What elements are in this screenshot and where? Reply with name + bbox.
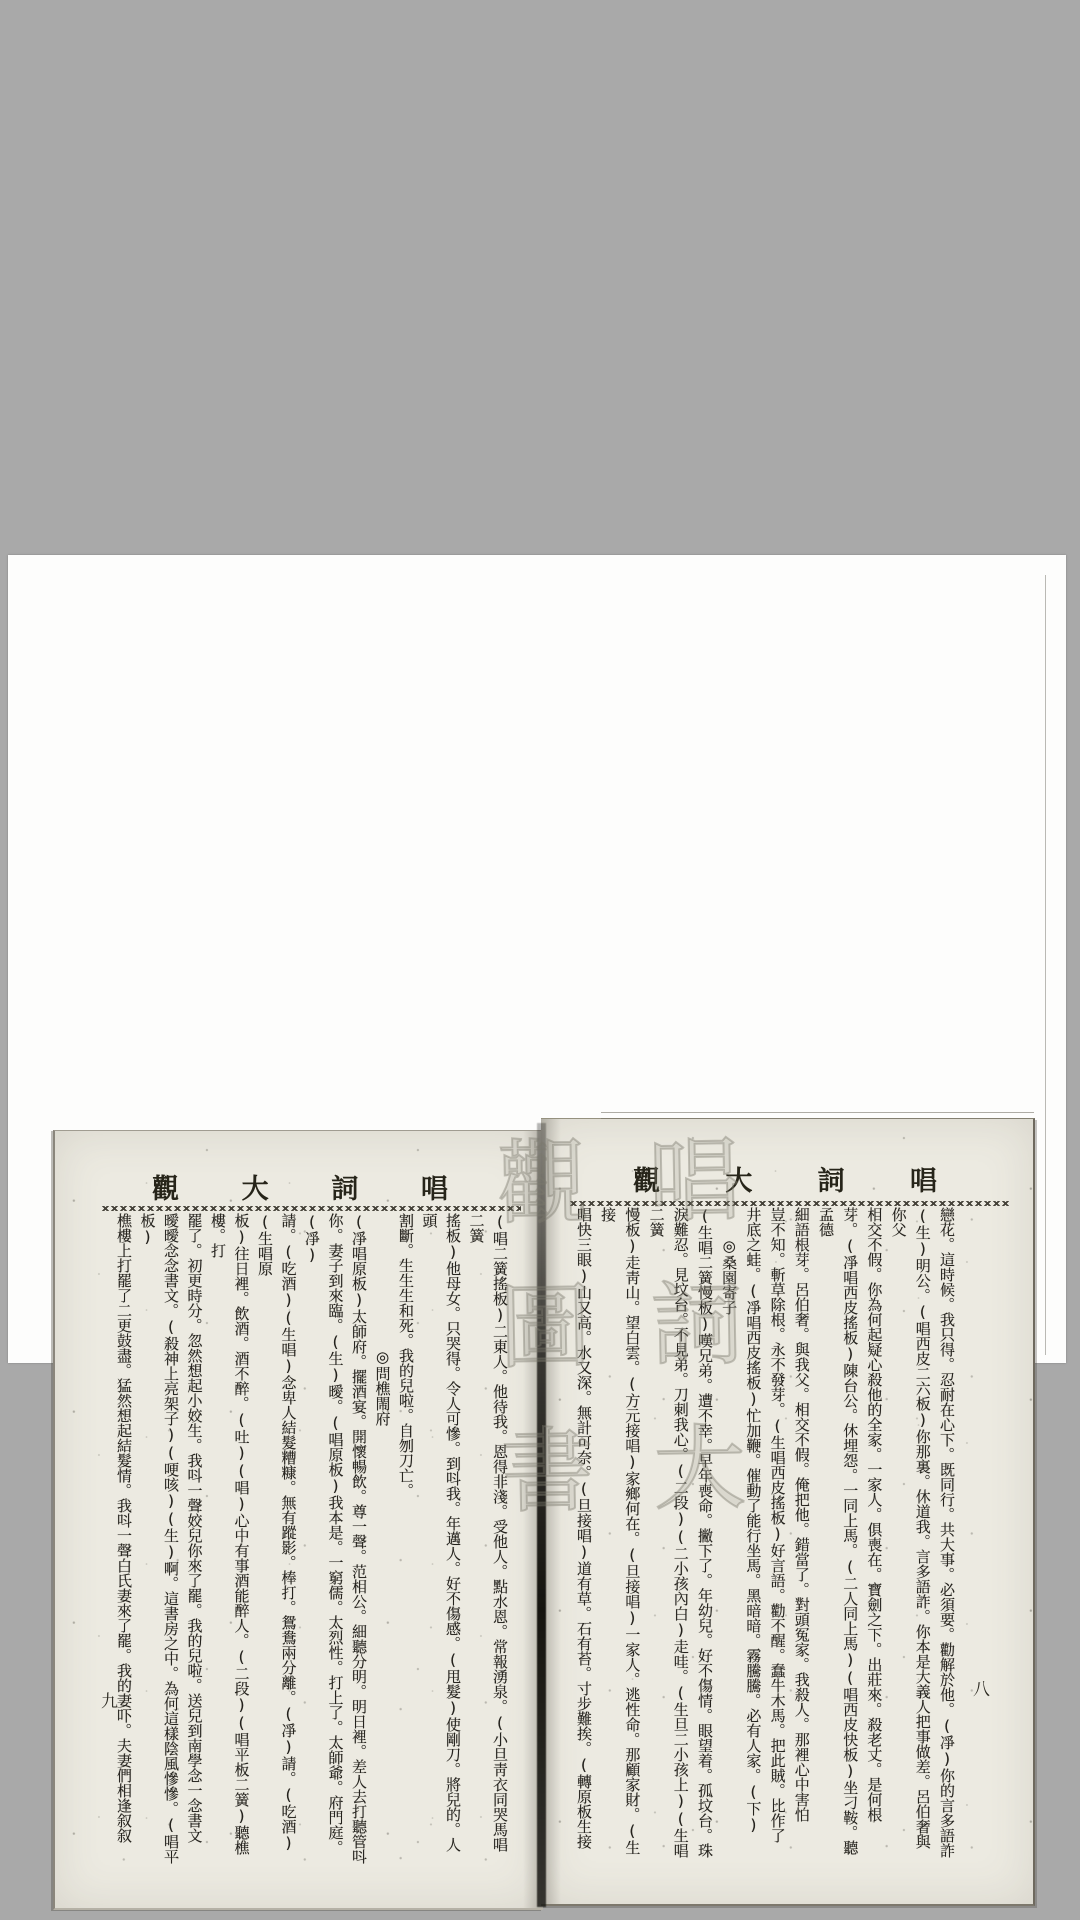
text-column: (生)明公。(唱西皮二六板)你那裏。休道我。言多語詐。你本是大義人把事做差。呂伯… (886, 1207, 934, 1859)
title-char: 詞 (818, 1165, 845, 1199)
title-char: 觀 (152, 1173, 179, 1207)
section-title-column: ◎桑園寄子 (717, 1207, 741, 1859)
page-number: 八 (973, 1675, 990, 1700)
wavy-rule-divider (101, 1206, 521, 1211)
text-column: 細語根芽。呂伯奢。與我父。相交不假。俺把他。錯當了。對頭冤家。我殺人。那裡心中害… (790, 1207, 814, 1859)
text-column: 相交不假。你為何起疑心殺他的全家。一家人。俱喪在。寶劍之下。出莊來。殺老丈。是何… (862, 1207, 886, 1859)
scanner-backing-sheet: 唱 詞 大 觀 (唱二簧搖板)二東人。他待我。恩得非淺。受他人。點水恩。常報湧泉… (8, 555, 1066, 1363)
text-column: 淚難忍。見坟台。不見弟。刀刺我心。(二段)(二小孩內白)走哇。(生旦二小孩上)(… (644, 1207, 692, 1859)
text-column: 井底之蛙。(凈唱西皮搖板)忙加鞭。催動了能行坐馬。黑暗暗。霧騰騰。必有人家。(下… (741, 1207, 765, 1859)
title-char: 大 (725, 1165, 752, 1199)
title-char: 唱 (910, 1165, 937, 1199)
text-columns: 戀花。這時候。我只得。忍耐在心下。既同行。共大事。必須要。勸解於他。(凈)你的言… (571, 1207, 959, 1859)
text-column: 板)往日裡。飲酒。酒不醉。(吐)(唱)心中有事酒能醉人。(二段)(唱平板二簧)聽… (206, 1213, 253, 1865)
text-column: 請。(吃酒)(生唱)念卑人結髮糟糠。無有蹤影。棒打。鴛鴦兩分離。(凈)請。(吃酒… (253, 1213, 300, 1865)
text-column: 樵樓上打罷了二更鼓盡。猛然想起結髮情。我呌一聲白氏妻來了罷。我的妻吓。夫妻們相逢… (112, 1213, 136, 1865)
title-char: 詞 (331, 1173, 358, 1207)
text-column: 慢板)走靑山。望白雲。(方元接唱)家鄉何在。(旦接唱)一家人。逃性命。那顧家財。… (596, 1207, 644, 1859)
text-column: 芽。(凈唱西皮搖板)陳台公。休埋怨。一同上馬。(二人同上馬)(唱西皮快板)坐刁鞍… (814, 1207, 862, 1859)
right-page: 唱 詞 大 觀 戀花。這時候。我只得。忍耐在心下。既同行。共大事。必須要。勸解於… (541, 1118, 1035, 1906)
text-column: 唱快三眼)山又高。水又深。無計可奈。(旦接唱)道有草。石有苔。寸步難挨。(轉原板… (571, 1207, 596, 1859)
text-column: 罷了。初更時分。忽然想起小姣生。我呌一聲姣兒你來了罷。我的兒啦。送兒到南學念一念… (182, 1213, 206, 1865)
text-columns: (唱二簧搖板)二東人。他待我。恩得非淺。受他人。點水恩。常報湧泉。(小旦靑衣同哭… (111, 1213, 511, 1865)
left-page: 唱 詞 大 觀 (唱二簧搖板)二東人。他待我。恩得非淺。受他人。點水恩。常報湧泉… (53, 1130, 543, 1910)
text-column: 搖板)他母女。只哭得。令人可慘。到呌我。年邁人。好不傷感。(甩髮)使剛刀。將兒的… (417, 1213, 464, 1865)
title-char: 大 (242, 1173, 269, 1207)
page-number: 九 (101, 1687, 118, 1712)
text-column: (凈唱原板)太師府。擺酒宴。開懷暢飲。尊一聲。范相公。細聽分明。明日裡。差人去打… (347, 1213, 371, 1865)
text-column: 豈不知。斬草除根。永不發芽。(生唱西皮搖板)好言語。勸不醒。蠢牛木馬。把此賊。比… (765, 1207, 789, 1859)
scanned-book-photo: 唱 詞 大 觀 (唱二簧搖板)二東人。他待我。恩得非淺。受他人。點水恩。常報湧泉… (0, 0, 1080, 1920)
text-column: 苦情。曖曖叙叙苦情。(殺神揪撢髮)(哽咳)(生)啊。這書房之中。為何這樣鬼哭神嚎… (111, 1213, 112, 1865)
text-column: (唱二簧搖板)二東人。他待我。恩得非淺。受他人。點水恩。常報湧泉。(小旦靑衣同哭… (464, 1213, 511, 1865)
page-title: 唱 詞 大 觀 (152, 1173, 448, 1207)
text-column: (生唱二簧慢板)嘆兄弟。遭不幸。早年喪命。撇下了。年幼兒。好不傷情。眼望着。孤坟… (693, 1207, 717, 1859)
book-gutter (537, 1123, 546, 1907)
text-column: 你。妻子到來臨。(生)曖。(唱原板)我本是。一窮儒。太烈性。打上了。太師爺。府門… (300, 1213, 347, 1865)
title-char: 觀 (633, 1165, 660, 1199)
text-column: 割斷。生生生和死。我的兒啦。自刎刀亡。 (394, 1213, 418, 1865)
wavy-rule-divider (569, 1201, 1011, 1206)
text-column: 曖曖念念書文。(殺神上亮架子)(哽咳)(生)啊。這書房之中。為何這樣陰風慘慘。(… (135, 1213, 182, 1865)
page-stack-edge (1045, 575, 1046, 1355)
section-title-column: ◎問樵閙府 (370, 1213, 394, 1865)
text-column: 戀花。這時候。我只得。忍耐在心下。既同行。共大事。必須要。勸解於他。(凈)你的言… (935, 1207, 959, 1859)
title-char: 唱 (421, 1173, 448, 1207)
page-title: 唱 詞 大 觀 (633, 1165, 937, 1199)
